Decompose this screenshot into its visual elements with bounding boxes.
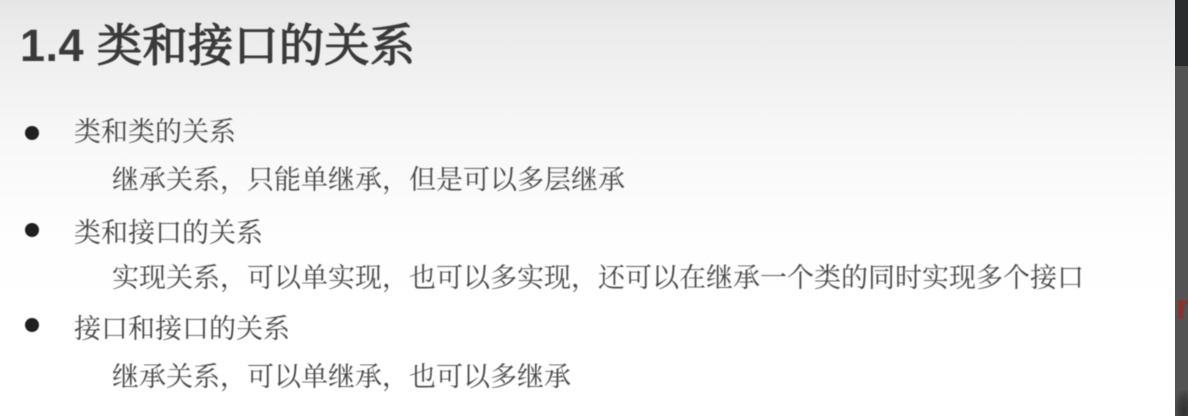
bullet-detail: 继承关系，可以单继承，也可以多继承 [112, 360, 571, 394]
edge-smudge [1175, 390, 1188, 416]
bullet-label: 类和接口的关系 [74, 217, 263, 249]
background-window-edge-dark-segment [1175, 0, 1188, 66]
bullet-label: 接口和接口的关系 [74, 313, 290, 345]
notes-document: 1.4 类和接口的关系 类和类的关系 继承关系，只能单继承，但是可以多层继承 类… [0, 0, 1188, 416]
bullet-detail: 实现关系，可以单实现，也可以多实现，还可以在继承一个类的同时实现多个接口 [112, 261, 1084, 295]
bullet-label: 类和类的关系 [74, 116, 236, 148]
background-window-edge: n [1175, 0, 1188, 416]
bullet-detail: 继承关系，只能单继承，但是可以多层继承 [112, 163, 625, 197]
bullet-dot [25, 126, 39, 140]
bullet-dot [25, 318, 39, 332]
section-heading: 1.4 类和接口的关系 [20, 20, 416, 72]
video-frame: 1.4 类和接口的关系 类和类的关系 继承关系，只能单继承，但是可以多层继承 类… [0, 0, 1188, 416]
bullet-dot [25, 223, 39, 237]
clipped-letter: n [1176, 289, 1188, 325]
